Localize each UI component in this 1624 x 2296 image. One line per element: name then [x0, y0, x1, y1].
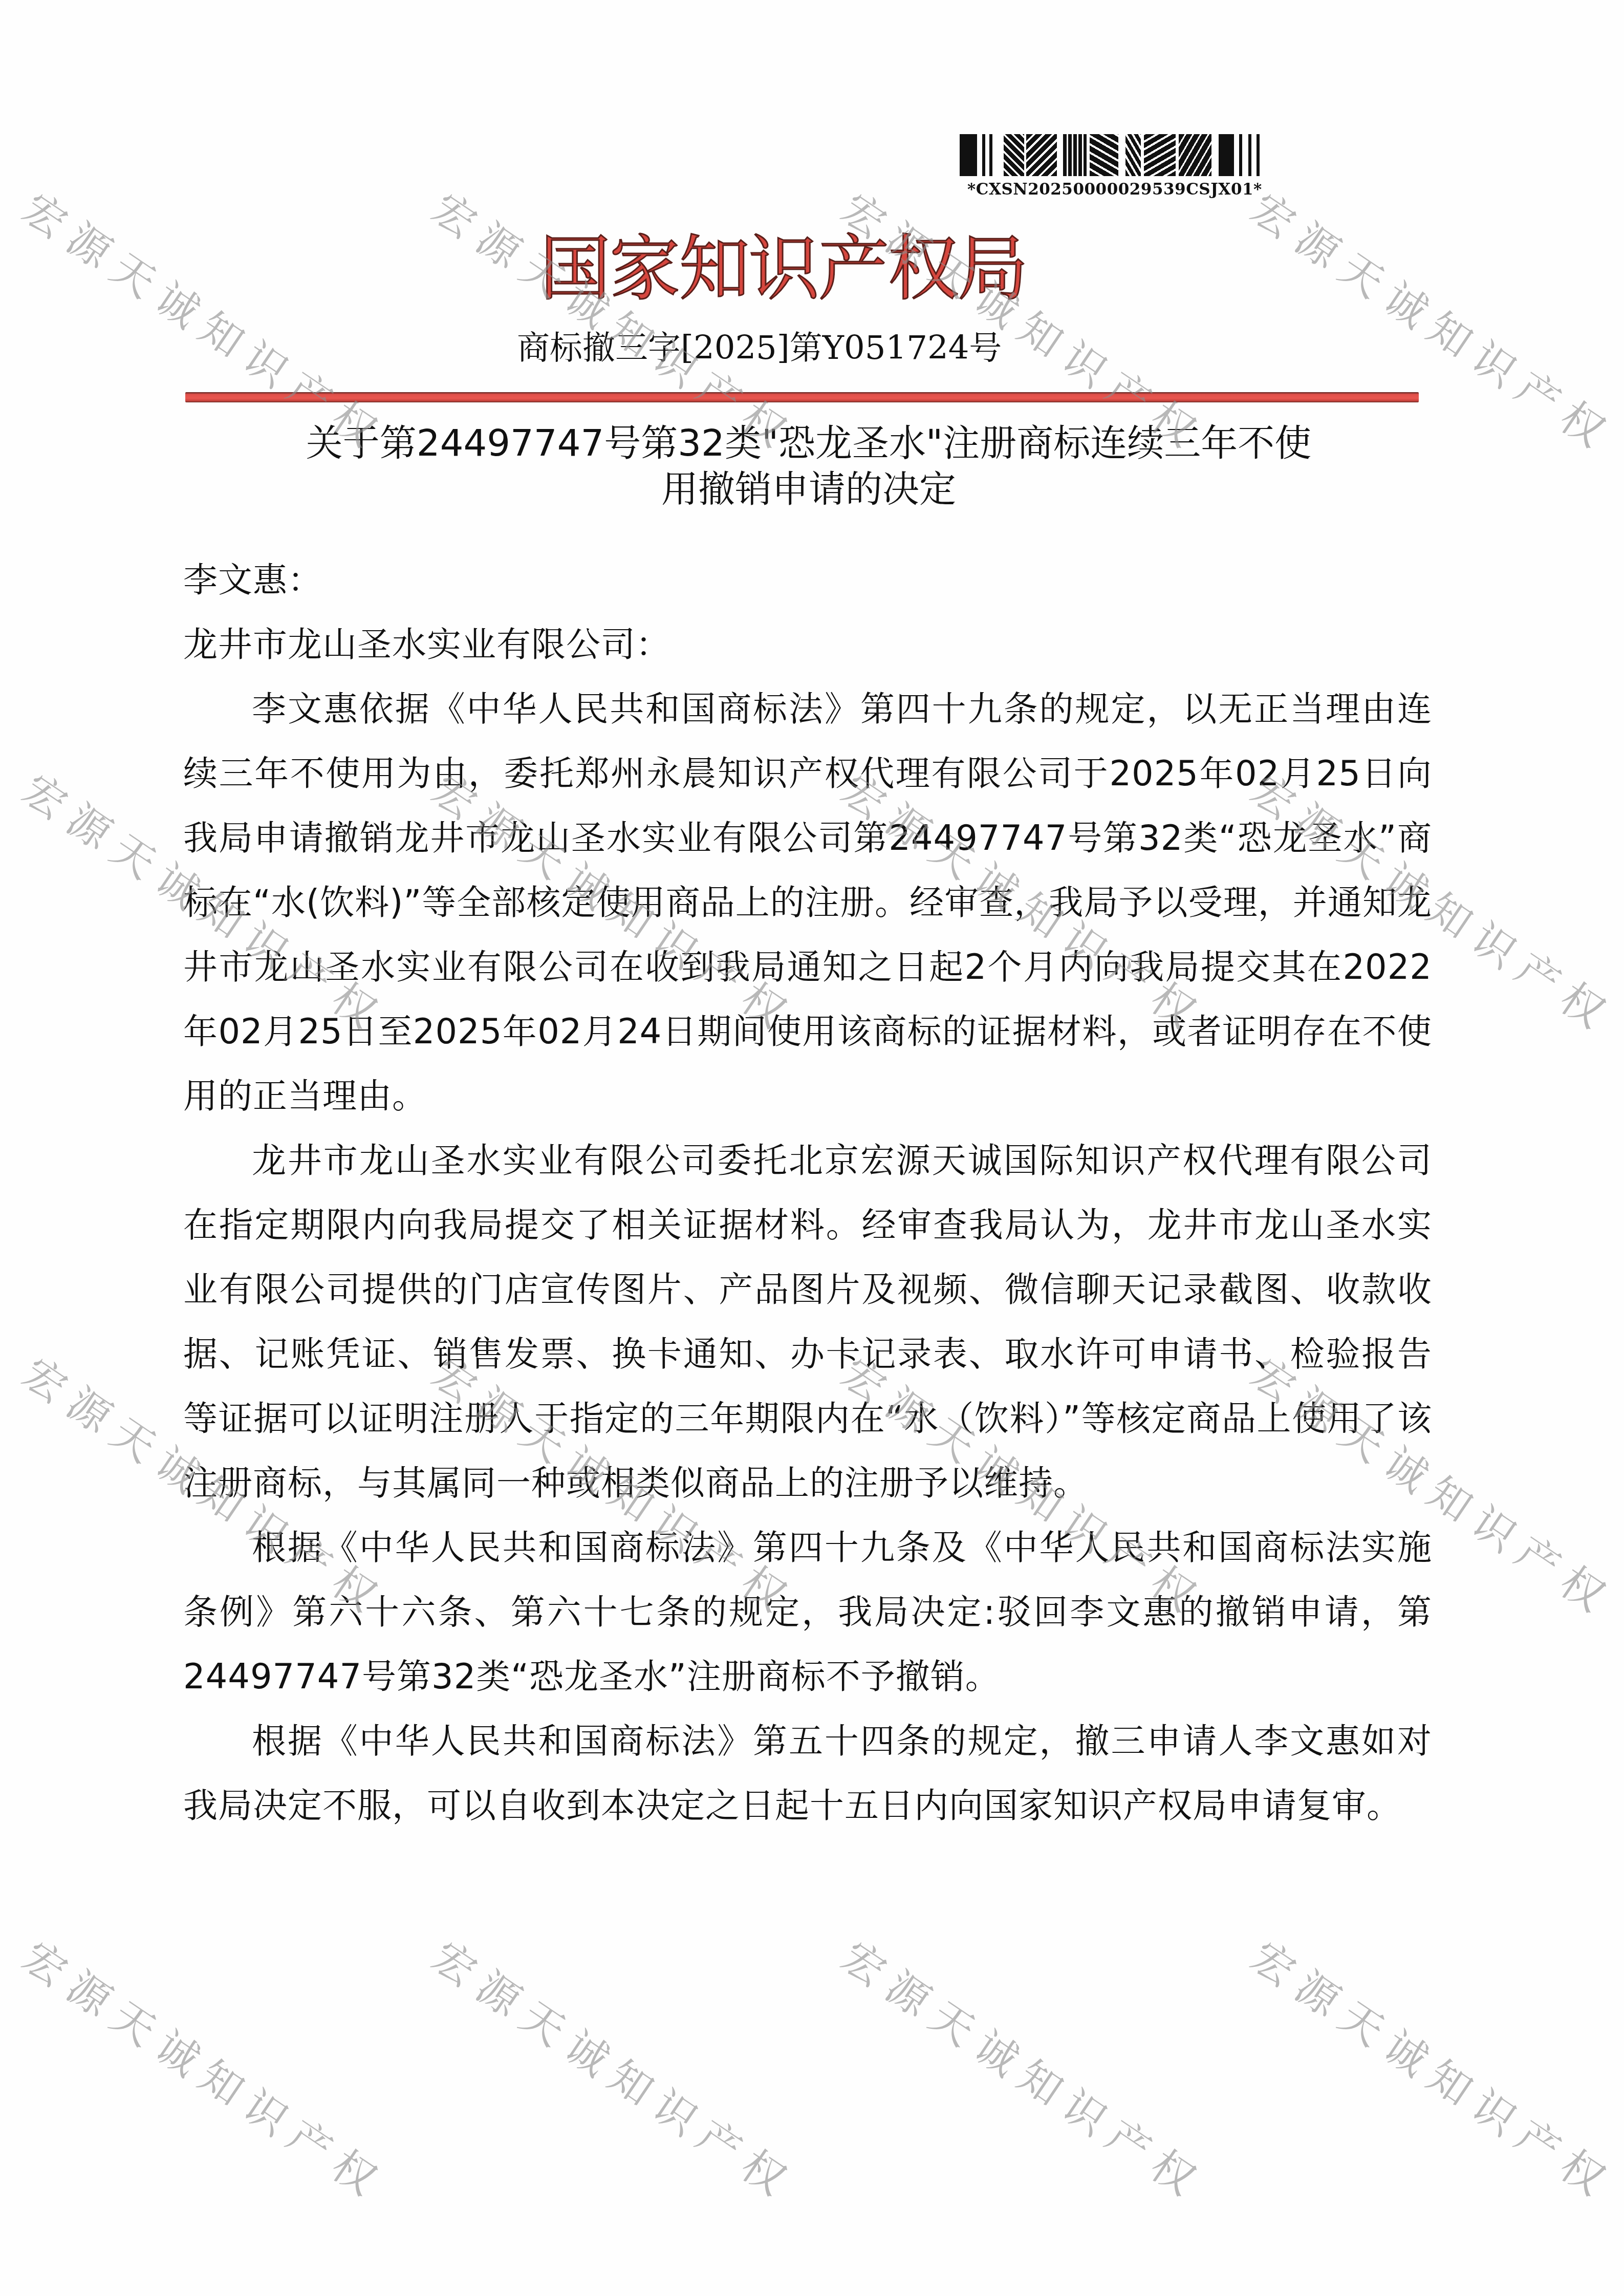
paragraph-evidence: 龙井市龙山圣水实业有限公司委托北京宏源天诚国际知识产权代理有限公司在指定期限内向… [183, 1128, 1432, 1515]
paragraph-background: 李文惠依据《中华人民共和国商标法》第四十九条的规定，以无正当理由连续三年不使用为… [183, 677, 1432, 1128]
document-number: 商标撤三字[2025]第Y051724号 [517, 328, 1002, 369]
agency-title: 国家知识产权局 [540, 228, 1077, 310]
paragraph-decision: 根据《中华人民共和国商标法》第四十九条及《中华人民共和国商标法实施条例》第六十六… [183, 1515, 1432, 1709]
barcode-code-text: *CXSN20250000029539CSJX01* [967, 180, 1356, 199]
watermark: 宏源天诚知识产权 [832, 1925, 1218, 2213]
decision-title-line-1: 关于第24497747号第32类"恐龙圣水"注册商标连续三年不使 [215, 420, 1402, 466]
addressee-registrant: 龙井市龙山圣水实业有限公司： [183, 612, 1432, 677]
decision-title-line-2: 用撤销申请的决定 [215, 466, 1402, 512]
watermark: 宏源天诚知识产权 [13, 1925, 399, 2213]
watermark: 宏源天诚知识产权 [1241, 1925, 1624, 2213]
paragraph-appeal-notice: 根据《中华人民共和国商标法》第五十四条的规定，撤三申请人李文惠如对我局决定不服，… [183, 1709, 1432, 1838]
decision-body: 李文惠： 龙井市龙山圣水实业有限公司： 李文惠依据《中华人民共和国商标法》第四十… [183, 548, 1432, 1838]
document-page: *CXSN20250000029539CSJX01* 国家知识产权局 商标撤三字… [0, 0, 1624, 2296]
watermark: 宏源天诚知识产权 [422, 1925, 809, 2213]
addressee-applicant: 李文惠： [183, 548, 1432, 612]
decision-title: 关于第24497747号第32类"恐龙圣水"注册商标连续三年不使 用撤销申请的决… [215, 420, 1402, 512]
header-divider [185, 392, 1419, 402]
barcode [960, 134, 1354, 176]
